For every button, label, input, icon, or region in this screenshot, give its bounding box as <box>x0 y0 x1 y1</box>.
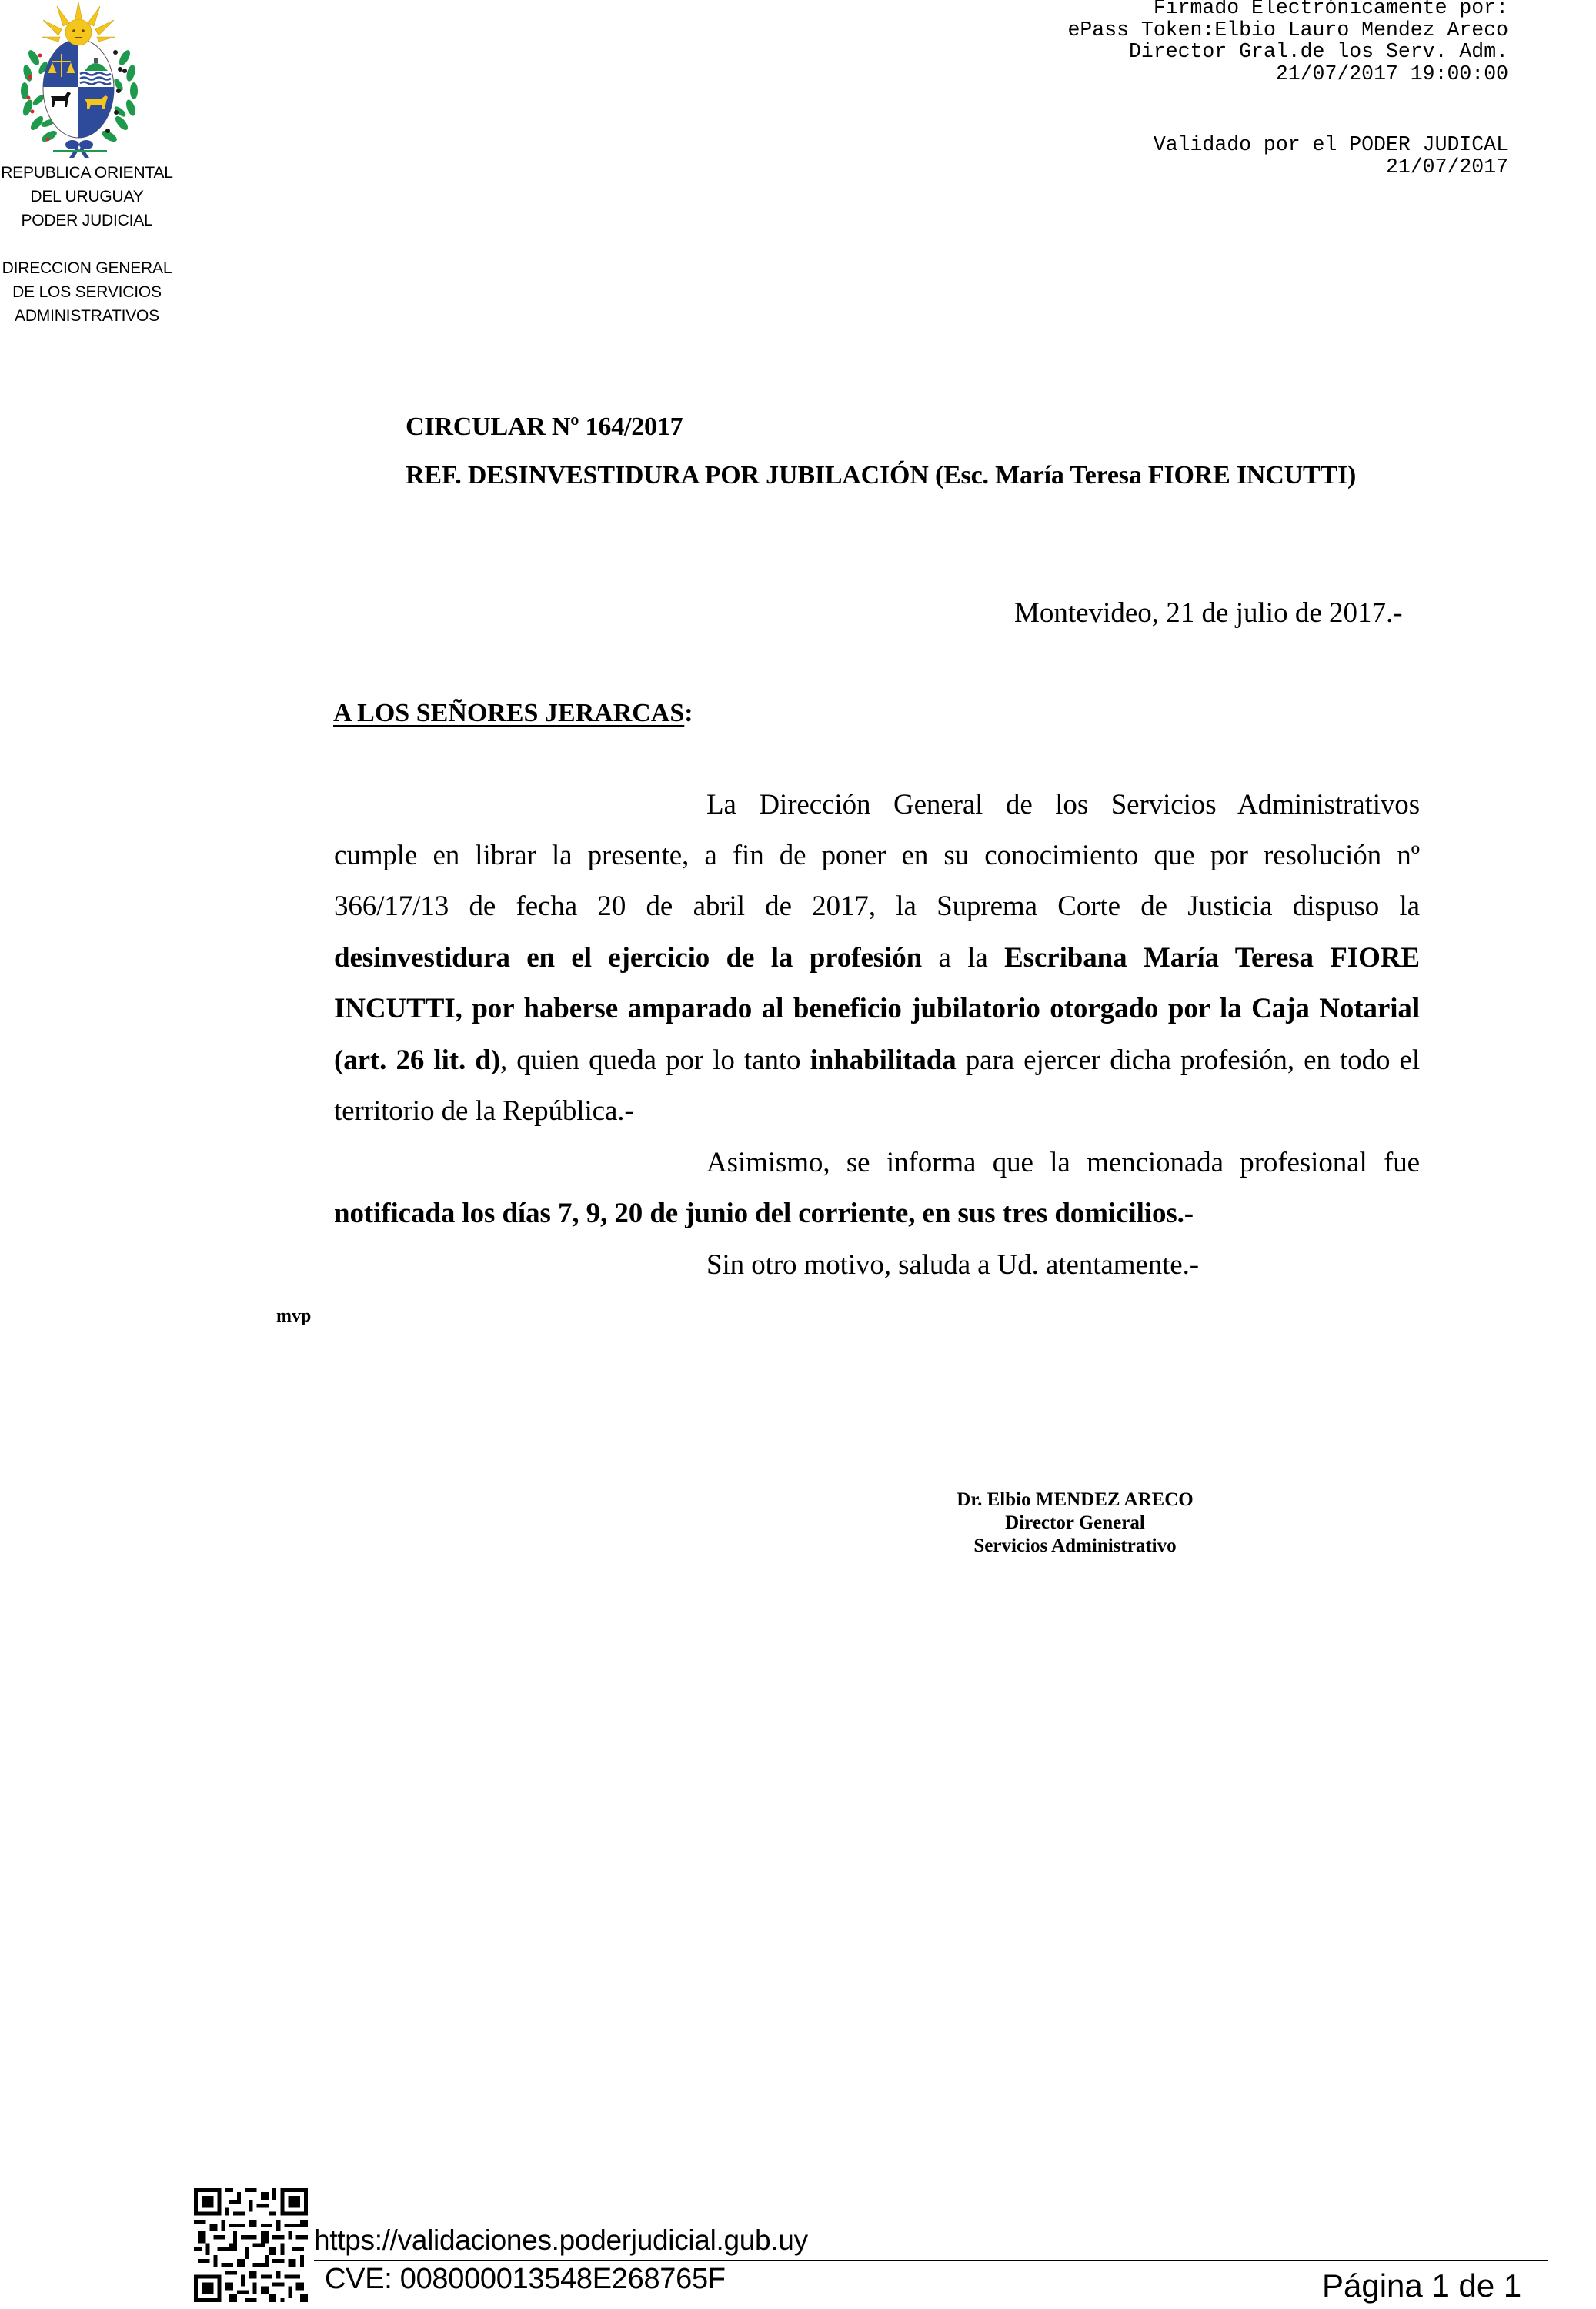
footer-divider <box>314 2260 1548 2261</box>
salutation-colon: : <box>684 699 693 727</box>
document-title: CIRCULAR Nº 164/2017 <box>406 413 683 442</box>
body-line: territorio de la República.- <box>334 1094 1420 1128</box>
qr-code-icon <box>194 2188 308 2302</box>
body-line: (art. 26 lit. d), quien queda por lo tan… <box>334 1044 1420 1078</box>
bold-phrase: notificada los días 7, 9, 20 de junio de… <box>334 1198 1194 1229</box>
electronic-signature-stamp: Firmado Electrónicamente por:ePass Token… <box>1068 0 1509 85</box>
signature-line: ePass Token:Elbio Lauro Mendez Areco <box>1068 19 1509 42</box>
department-name: DIRECCION GENERAL DE LOS SERVICIOS ADMIN… <box>0 256 174 328</box>
bold-phrase: desinvestidura en el ejercicio de la pro… <box>334 942 922 974</box>
signatory-office: Servicios Administrativo <box>921 1535 1229 1558</box>
place-and-date: Montevideo, 21 de julio de 2017.- <box>1014 596 1403 630</box>
salutation: A LOS SEÑORES JERARCAS: <box>333 699 693 728</box>
validation-line: Validado por el PODER JUDICAL <box>1154 134 1508 156</box>
salutation-text: A LOS SEÑORES JERARCAS <box>333 699 684 727</box>
body-line: notificada los días 7, 9, 20 de junio de… <box>334 1197 1420 1231</box>
coat-of-arms-icon <box>11 0 148 162</box>
signatory-block: Dr. Elbio MENDEZ ARECO Director General … <box>921 1489 1229 1558</box>
institution-line: REPUBLICA ORIENTAL <box>0 161 174 185</box>
body-line: INCUTTI, por haberse amparado al benefic… <box>334 992 1420 1026</box>
page-number: Página 1 de 1 <box>1322 2267 1521 2304</box>
verification-code: CVE: 008000013548E268765F <box>325 2263 726 2296</box>
bold-phrase: Escribana María Teresa FIORE <box>1004 942 1420 974</box>
department-line: ADMINISTRATIVOS <box>0 304 174 328</box>
body-line: Asimismo, se informa que la mencionada p… <box>706 1146 1420 1180</box>
body-line: La Dirección General de los Servicios Ad… <box>706 788 1420 822</box>
institution-line: DEL URUGUAY <box>0 185 174 209</box>
document-reference: REF. DESINVESTIDURA POR JUBILACIÓN (Esc.… <box>406 461 1356 490</box>
validation-date: 21/07/2017 <box>1154 156 1508 179</box>
text-run: , quien queda por lo tanto <box>500 1044 810 1076</box>
validation-stamp: Validado por el PODER JUDICAL21/07/2017 <box>1154 134 1508 178</box>
department-line: DIRECCION GENERAL <box>0 256 174 280</box>
department-line: DE LOS SERVICIOS <box>0 280 174 304</box>
validation-url-link[interactable]: https://validaciones.poderjudicial.gub.u… <box>314 2224 808 2257</box>
institution-line: PODER JUDICIAL <box>0 209 174 232</box>
body-line: Sin otro motivo, saluda a Ud. atentament… <box>706 1248 1420 1282</box>
signature-line: Director Gral.de los Serv. Adm. <box>1068 41 1509 63</box>
body-line: 366/17/13 de fecha 20 de abril de 2017, … <box>334 890 1420 924</box>
bold-phrase: INCUTTI, por haberse amparado al benefic… <box>334 993 1420 1024</box>
signature-line: Firmado Electrónicamente por: <box>1068 0 1509 19</box>
signature-timestamp: 21/07/2017 19:00:00 <box>1068 63 1509 85</box>
signatory-role: Director General <box>921 1512 1229 1535</box>
institution-name: REPUBLICA ORIENTAL DEL URUGUAY PODER JUD… <box>0 161 174 232</box>
bold-phrase: (art. 26 lit. d) <box>334 1044 500 1076</box>
text-run: para ejercer dicha profesión, en todo el <box>957 1044 1420 1076</box>
body-line: cumple en librar la presente, a fin de p… <box>334 839 1420 873</box>
bold-phrase: inhabilitada <box>810 1044 957 1076</box>
signatory-name: Dr. Elbio MENDEZ ARECO <box>921 1489 1229 1512</box>
typist-initials: mvp <box>276 1306 311 1327</box>
text-run: a la <box>922 942 1004 974</box>
body-line: desinvestidura en el ejercicio de la pro… <box>334 941 1420 975</box>
